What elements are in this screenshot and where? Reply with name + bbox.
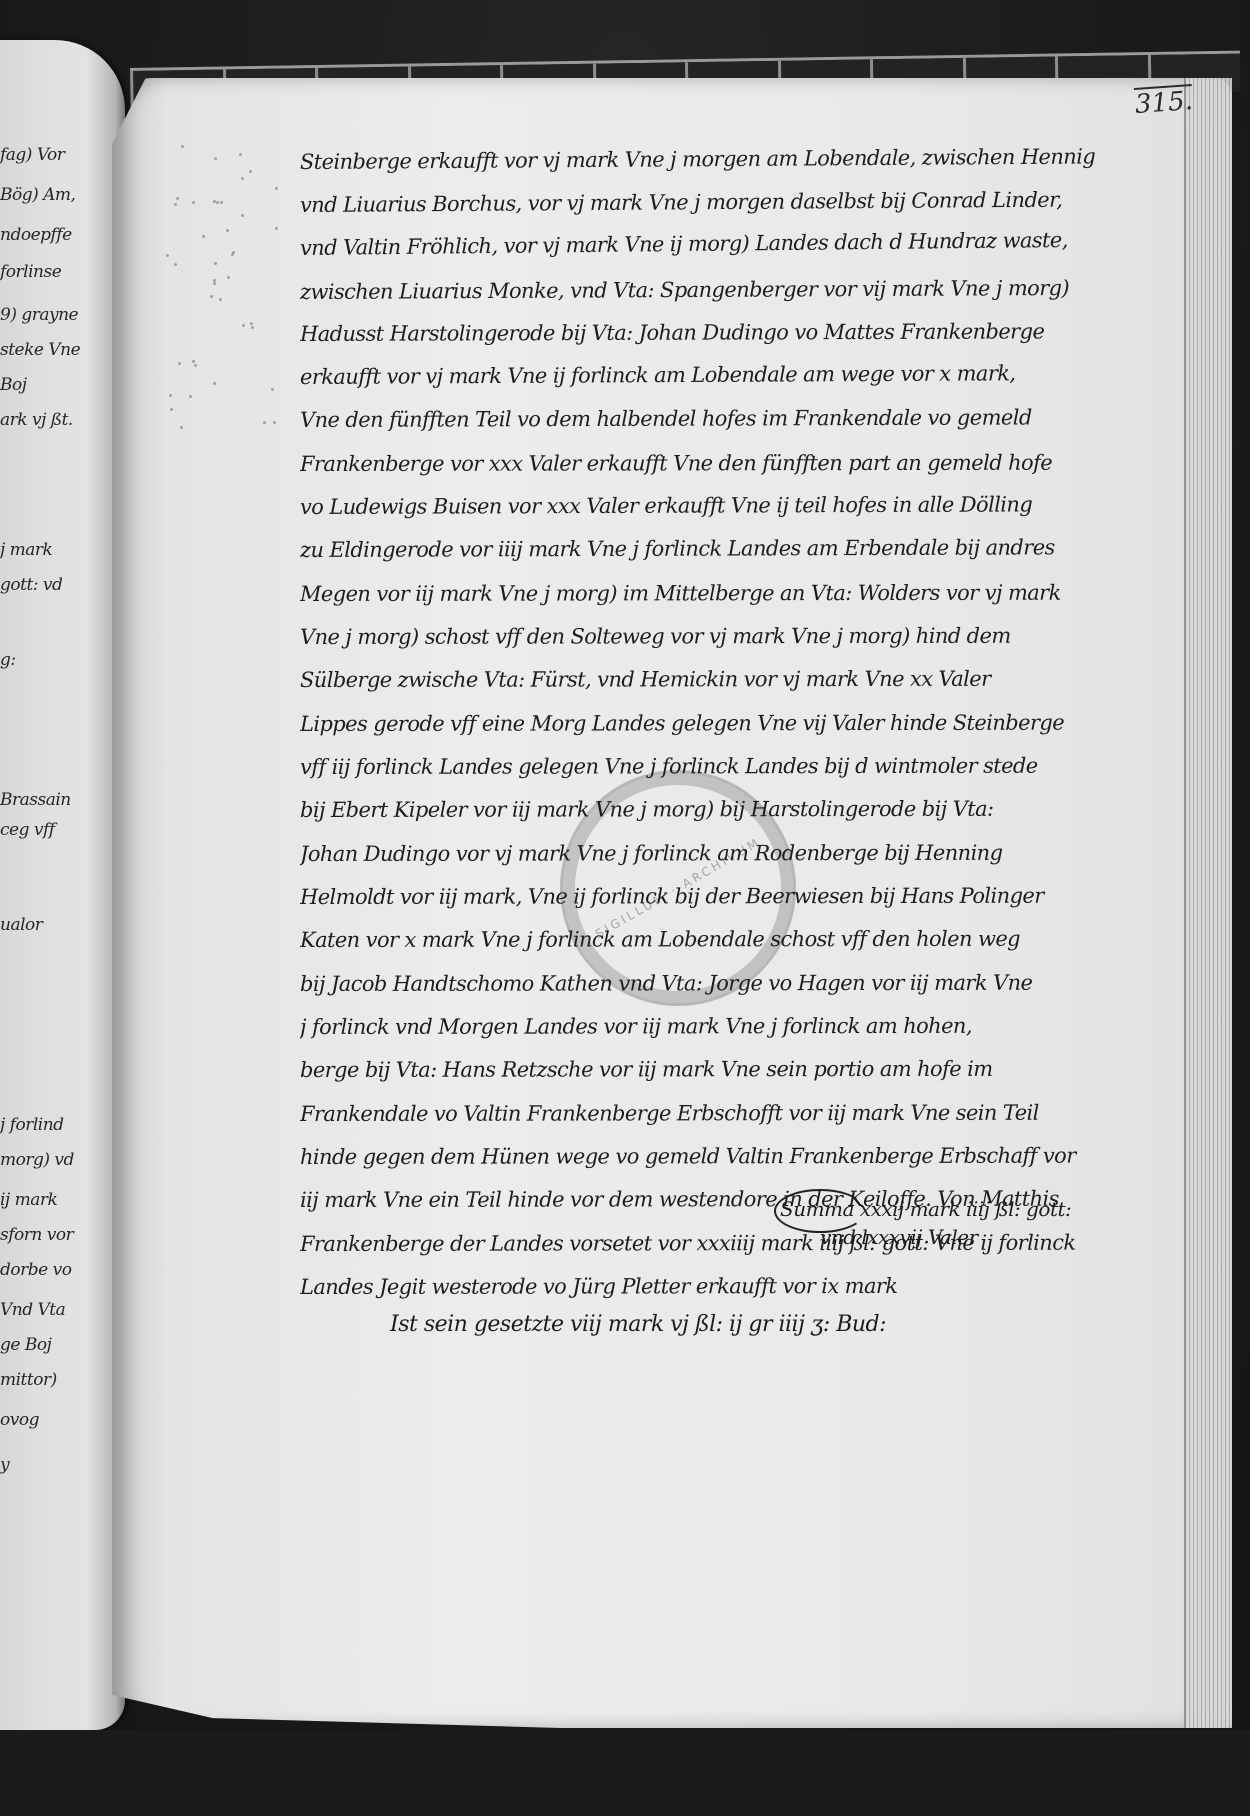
manuscript-line: Landes Jegit westerode vo Jürg Pletter e…	[300, 1273, 1220, 1309]
manuscript-line: vo Ludewigs Buisen vor xxx Valer erkauff…	[300, 492, 1220, 529]
margin-line: Bög) Am,	[0, 185, 115, 205]
margin-line: 9) grayne	[0, 305, 115, 325]
paper-speck	[214, 262, 217, 265]
paper-speck	[251, 326, 254, 329]
margin-line: dorbe vo	[0, 1260, 115, 1280]
margin-line: Vnd Vta	[0, 1300, 115, 1320]
paper-speck	[250, 322, 253, 325]
manuscript-line: Vne j morg) schost vff den Solteweg vor …	[300, 623, 1220, 659]
left-page-edge: fag) VorBög) Am,ndoepffeforlinse9) grayn…	[0, 40, 125, 1730]
margin-line: forlinse	[0, 262, 115, 282]
paper-speck	[273, 421, 276, 424]
manuscript-line: bij Ebert Kipeler vor iij mark Vne j mor…	[300, 796, 1220, 832]
margin-line: j mark	[0, 540, 115, 560]
folio-number: 315.	[1134, 86, 1194, 120]
paper-speck	[170, 408, 173, 411]
margin-line: ge Boj	[0, 1335, 115, 1355]
manuscript-line: j forlinck vnd Morgen Landes vor iij mar…	[300, 1013, 1220, 1049]
margin-line: ualor	[0, 915, 115, 935]
manuscript-line: zu Eldingerode vor iiij mark Vne j forli…	[300, 535, 1220, 572]
manuscript-line: Katen vor x mark Vne j forlinck am Loben…	[300, 926, 1220, 962]
margin-line: ark vj ßt.	[0, 410, 115, 430]
manuscript-line: vnd Liuarius Borchus, vor vj mark Vne j …	[300, 187, 1220, 227]
manuscript-line: hinde gegen dem Hünen wege vo gemeld Val…	[300, 1143, 1220, 1179]
manuscript-line: Sülberge zwische Vta: Fürst, vnd Hemicki…	[300, 666, 1220, 702]
manuscript-line: vff iij forlinck Landes gelegen Vne j fo…	[300, 753, 1220, 789]
paper-speck	[166, 254, 169, 257]
margin-line: ovog	[0, 1410, 115, 1430]
manuscript-line: erkaufft vor vj mark Vne ij forlinck am …	[300, 360, 1220, 399]
manuscript-line: bij Jacob Handtschomo Kathen vnd Vta: Jo…	[300, 970, 1220, 1006]
margin-line: steke Vne	[0, 340, 115, 360]
margin-line: gott: vd	[0, 575, 115, 595]
paper-speck	[241, 214, 244, 217]
paper-speck	[213, 382, 216, 385]
manuscript-line: Frankendale vo Valtin Frankenberge Erbsc…	[300, 1100, 1220, 1136]
paper-speck	[226, 229, 229, 232]
manuscript-line: Helmoldt vor iij mark, Vne ij forlinck b…	[300, 883, 1220, 919]
paper-speck	[239, 153, 242, 156]
manuscript-line: Johan Dudingo vor vj mark Vne j forlinck…	[300, 840, 1220, 876]
margin-line: sforn vor	[0, 1225, 115, 1245]
margin-line: Boj	[0, 375, 115, 395]
margin-line: j forlind	[0, 1115, 115, 1135]
margin-line: fag) Vor	[0, 145, 115, 165]
manuscript-line: Lippes gerode vff eine Morg Landes geleg…	[300, 710, 1220, 746]
paper-speck	[242, 324, 245, 327]
paper-speck	[275, 187, 278, 190]
manuscript-line: zwischen Liuarius Monke, vnd Vta: Spange…	[300, 275, 1220, 314]
paper-speck	[263, 421, 266, 424]
left-page-margin-text: fag) VorBög) Am,ndoepffeforlinse9) grayn…	[0, 40, 120, 1730]
manuscript-line: Hadusst Harstolingerode bij Vta: Johan D…	[300, 319, 1220, 356]
manuscript-line: berge bij Vta: Hans Retzsche vor iij mar…	[300, 1056, 1220, 1092]
paper-speck	[189, 395, 192, 398]
paper-speck	[192, 201, 195, 204]
margin-line: ij mark	[0, 1190, 115, 1210]
margin-line: morg) vd	[0, 1150, 115, 1170]
margin-line: ceg vff	[0, 820, 115, 840]
paper-speck	[231, 253, 234, 256]
bottom-background	[0, 1730, 1250, 1816]
manuscript-line: Frankenberge vor xxx Valer erkaufft Vne …	[300, 450, 1220, 486]
total-line: Ist sein gesetzte viij mark vj ßl: ij gr…	[390, 1312, 886, 1337]
manuscript-line: Steinberge erkaufft vor vj mark Vne j mo…	[300, 144, 1220, 184]
manuscript-line: Megen vor iij mark Vne j morg) im Mittel…	[300, 580, 1220, 616]
margin-line: g:	[0, 650, 115, 670]
summa-flourish-icon	[774, 1189, 866, 1233]
manuscript-line: Vne den fünfften Teil vo dem halbendel h…	[300, 405, 1220, 442]
paper-speck	[220, 201, 223, 204]
margin-line: y	[0, 1455, 115, 1475]
margin-line: ndoepffe	[0, 225, 115, 245]
margin-line: mittor)	[0, 1370, 115, 1390]
paper-speck	[249, 170, 252, 173]
summary-block: Summa xxxij mark iiij ßl: gott: vnd lxxx…	[780, 1195, 1140, 1251]
paper-speck	[213, 279, 216, 282]
margin-line: Brassain	[0, 790, 115, 810]
